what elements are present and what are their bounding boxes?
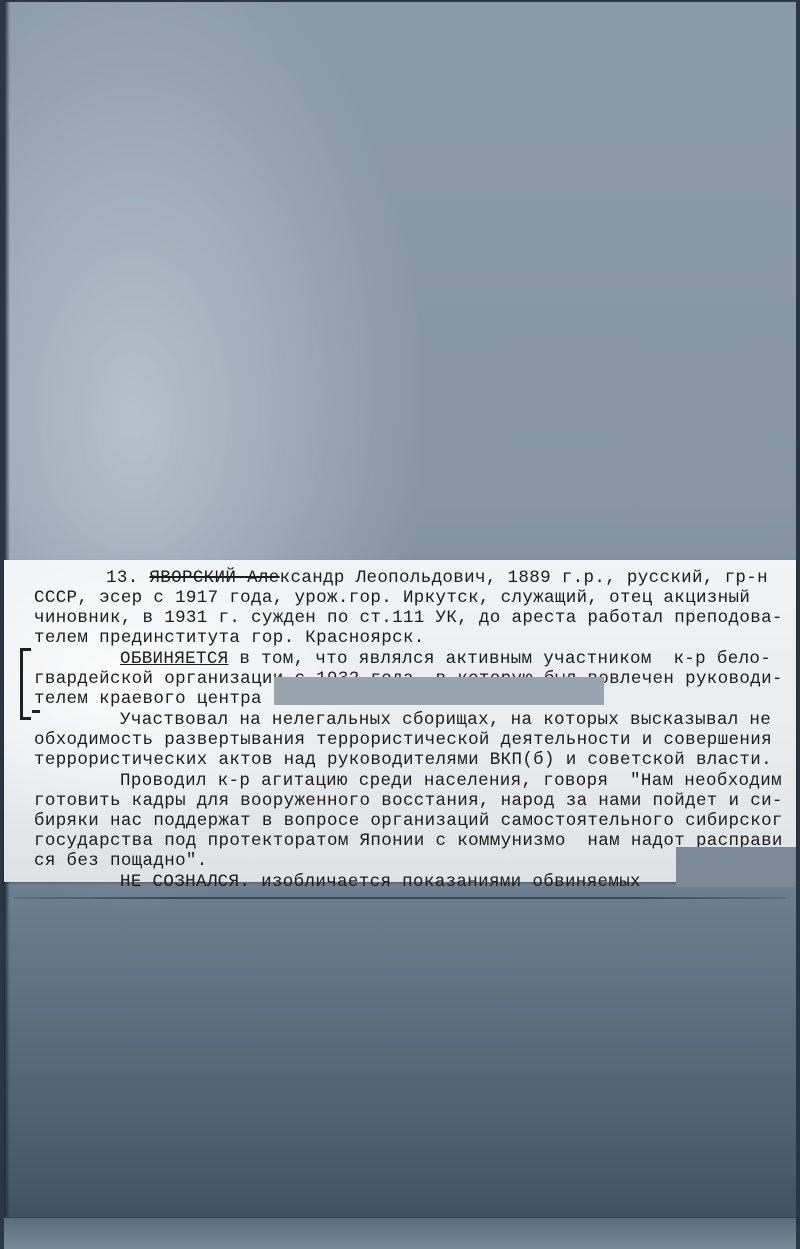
typed-document-strip: 13. ЯВОРСКИЙ Александр Леопольдович, 188… bbox=[4, 560, 796, 882]
document-page: 13. ЯВОРСКИЙ Александр Леопольдович, 188… bbox=[4, 2, 796, 1247]
handwritten-bracket-mark bbox=[20, 648, 31, 720]
text-line-1: 13. ЯВОРСКИЙ Александр Леопольдович, 188… bbox=[106, 568, 768, 588]
text-line-3: чиновник, в 1931 г. сужден по ст.111 УК,… bbox=[34, 608, 783, 628]
text-line-2: СССР, эсер с 1917 года, урож.гор. Иркутс… bbox=[34, 588, 750, 608]
text-line-4: телем прединститута гор. Красноярск. bbox=[34, 628, 425, 648]
text-line-5: ОБВИНЯЕТСЯ в том, что являлся активным у… bbox=[120, 649, 771, 669]
text-line-11: Проводил к-р агитацию среди населения, г… bbox=[120, 771, 782, 791]
paper-fold-line bbox=[14, 897, 786, 899]
text-line-14: государства под протекторатом Японии с к… bbox=[34, 831, 783, 851]
paper-bottom-fold bbox=[4, 1217, 796, 1249]
typed-text-block: 13. ЯВОРСКИЙ Александр Леопольдович, 188… bbox=[34, 560, 786, 927]
text-line-10: террористических актов над руководителям… bbox=[34, 750, 772, 770]
text-line-9: обходимость развертывания террористическ… bbox=[34, 730, 772, 750]
text-line-7: телем краевого центра bbox=[34, 689, 262, 709]
redaction-box bbox=[274, 677, 604, 705]
text-line-12: готовить кадры для вооруженного восстани… bbox=[34, 791, 783, 811]
charge-label: ОБВИНЯЕТСЯ bbox=[120, 649, 229, 669]
struck-surname: ЯВОРСКИЙ Але bbox=[149, 568, 279, 588]
redaction-box-lower bbox=[676, 847, 796, 887]
entry-number: 13. bbox=[106, 568, 139, 588]
text-line-13: биряки нас поддержат в вопросе организац… bbox=[34, 811, 783, 831]
text-line-15: ся без пощадно". bbox=[34, 851, 208, 871]
confession-label: НЕ СОЗНАЛСЯ. bbox=[120, 872, 250, 892]
text-line-8: Участвовал на нелегальных сборищах, на к… bbox=[120, 710, 771, 730]
text-line-16: НЕ СОЗНАЛСЯ. изобличается показаниями об… bbox=[120, 872, 641, 892]
